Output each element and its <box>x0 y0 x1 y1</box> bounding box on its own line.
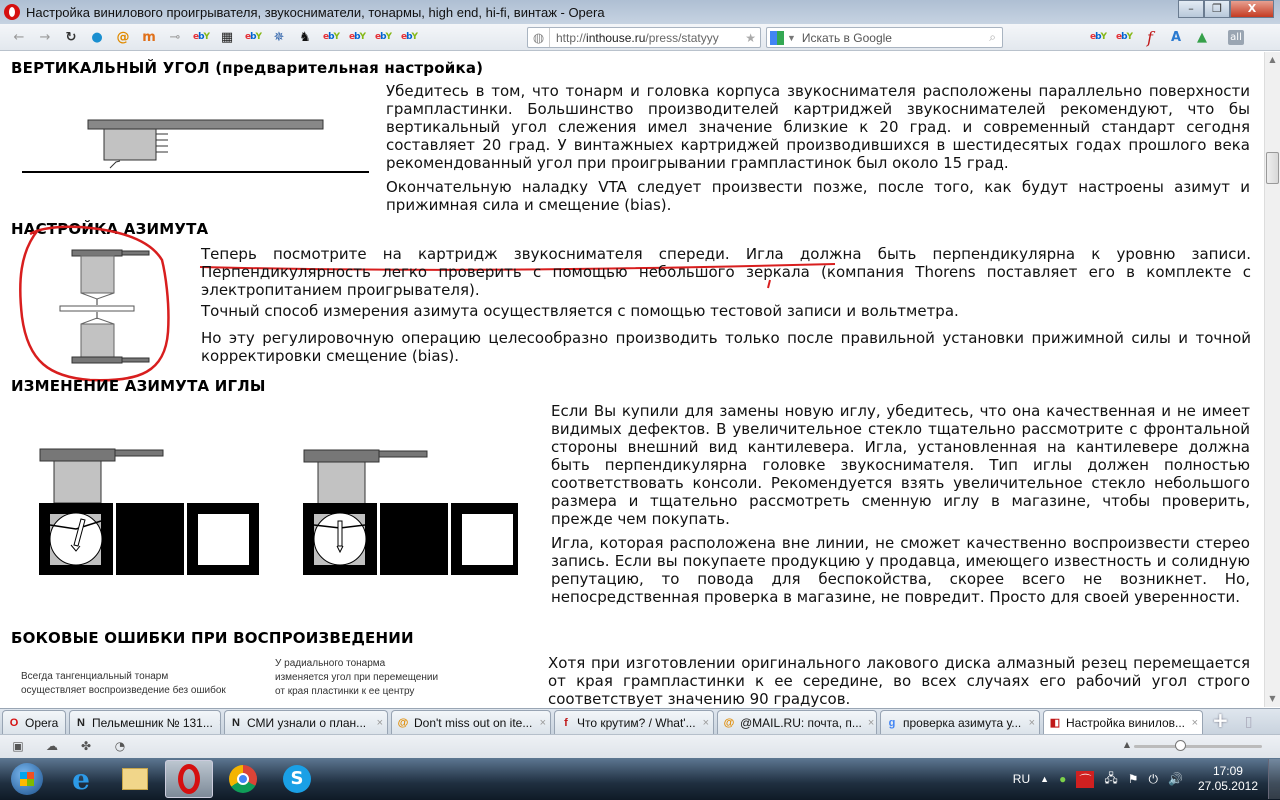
url-host: inthouse.ru <box>586 31 645 45</box>
show-desktop-button[interactable] <box>1268 759 1280 799</box>
tab[interactable]: @@MAIL.RU: почта, п...× <box>717 710 877 734</box>
close-tab-icon[interactable]: × <box>697 717 709 729</box>
tab-label: Настройка винилов... <box>1066 716 1185 730</box>
page-content: ВЕРТИКАЛЬНЫЙ УГОЛ (предварительная настр… <box>0 52 1264 707</box>
bookmark-star-icon[interactable]: ★ <box>745 31 756 45</box>
google-drive-icon[interactable]: ▲ <box>1191 26 1213 48</box>
url-path: /press/statyyy <box>645 31 718 45</box>
tab-label: @MAIL.RU: почта, п... <box>740 716 862 730</box>
tab[interactable]: ◧Настройка винилов...× <box>1043 710 1203 734</box>
maximize-button[interactable]: ❐ <box>1204 0 1230 18</box>
ebay-icon[interactable]: ebY <box>1113 26 1135 48</box>
minimize-button[interactable]: – <box>1178 0 1204 18</box>
caption-radial: У радиального тонарма изменяется угол пр… <box>275 657 438 699</box>
opera-turbo-icon[interactable]: ✤ <box>78 739 94 755</box>
n-icon: N <box>229 716 243 730</box>
ie-icon[interactable]: e <box>57 760 105 798</box>
ebay-icon[interactable]: ebY <box>1087 26 1109 48</box>
chrome-icon[interactable] <box>219 760 267 798</box>
vertical-scrollbar[interactable]: ▲ ▼ <box>1264 52 1280 707</box>
tab[interactable]: @Don't miss out on ite...× <box>391 710 551 734</box>
google-icon: g <box>885 716 899 730</box>
scroll-down-icon[interactable]: ▼ <box>1265 691 1280 707</box>
mail-ru-icon[interactable]: @ <box>112 26 134 48</box>
vta-diagram <box>18 112 370 182</box>
status-bar: ▣ ☁ ✤ ◔ ▲ <box>0 734 1280 758</box>
window-title: Настройка винилового проигрывателя, звук… <box>26 5 605 20</box>
heading-needle-azimuth: ИЗМЕНЕНИЕ АЗИМУТА ИГЛЫ <box>11 377 266 395</box>
paragraph: Игла, которая расположена вне линии, не … <box>551 534 1250 606</box>
tab-label: Don't miss out on ite... <box>414 716 532 730</box>
close-button[interactable]: X <box>1230 0 1274 18</box>
close-tab-icon[interactable]: × <box>1023 717 1035 729</box>
paragraph: Если Вы купили для замены новую иглу, уб… <box>551 402 1250 528</box>
ebay-icon[interactable]: ebY <box>398 26 420 48</box>
paragraph: Хотя при изготовлении оригинального лако… <box>548 654 1250 707</box>
address-bar[interactable]: ◍ http://inthouse.ru/press/statyyy ★ <box>527 27 761 48</box>
opera-icon: O <box>7 716 21 730</box>
opera-icon[interactable] <box>165 760 213 798</box>
search-icon[interactable]: ⌕ <box>989 30 996 45</box>
ebay-icon[interactable]: ebY <box>346 26 368 48</box>
opera-unite-icon[interactable]: ☁ <box>44 739 60 755</box>
tab-label: Opera <box>25 716 58 730</box>
speed-dial-icon[interactable]: ◔ <box>112 739 128 755</box>
toolbar: ← → ↻ ● @ m ⊸ ebY ▦ ebY ✵ ♞ ebY ebY ebY … <box>0 24 1280 51</box>
zoom-slider[interactable] <box>1134 741 1262 751</box>
caption-tangential: Всегда тангенциальный тонарм осуществляе… <box>21 670 226 698</box>
tab-label: Что крутим? / What'... <box>577 716 696 730</box>
ebay-icon[interactable]: ebY <box>242 26 264 48</box>
taskbar: e S RU ▲ ● ⌒ 🖧 ⚑ ⏻ 🔊 17:0927.05.2012 <box>0 758 1280 800</box>
search-placeholder: Искать в Google <box>802 31 892 45</box>
rostelecom-icon[interactable]: ● <box>86 26 108 48</box>
emblem-icon[interactable]: ✵ <box>268 26 290 48</box>
f-icon: f <box>559 716 573 730</box>
antivirus-icon[interactable]: ⌒ <box>1076 771 1094 788</box>
mail-icon: @ <box>722 716 736 730</box>
heading-lateral-errors: БОКОВЫЕ ОШИБКИ ПРИ ВОСПРОИЗВЕДЕНИИ <box>11 629 414 647</box>
paragraph: Точный способ измерения азимута осуществ… <box>201 302 1251 320</box>
reload-icon[interactable]: ↻ <box>60 26 82 48</box>
paragraph: Но эту регулировочную операцию целесообр… <box>201 329 1251 365</box>
opera-logo-icon <box>4 4 20 20</box>
n-icon: N <box>74 716 88 730</box>
tab[interactable]: fЧто крутим? / What'...× <box>554 710 714 734</box>
m-icon[interactable]: m <box>138 26 160 48</box>
close-tab-icon[interactable]: × <box>213 717 221 729</box>
security-icon[interactable]: ● <box>1059 772 1066 786</box>
heading-vertical-angle: ВЕРТИКАЛЬНЫЙ УГОЛ (предварительная настр… <box>11 59 483 77</box>
new-tab-button[interactable]: + <box>1212 708 1229 732</box>
tab-bar: OOperaNПельмешник № 131...×NСМИ узнали о… <box>0 708 1280 734</box>
paragraph: Теперь посмотрите на картридж звукоснима… <box>201 245 1251 299</box>
url-prefix: http:// <box>556 31 586 45</box>
mail-icon: @ <box>396 716 410 730</box>
tab[interactable]: NПельмешник № 131...× <box>69 710 221 734</box>
underlined-text: Перпендикулярность легко проверить с пом… <box>201 263 810 281</box>
scroll-up-icon[interactable]: ▲ <box>1265 52 1280 68</box>
panel-toggle-icon[interactable]: ▣ <box>10 739 26 755</box>
heading-azimuth: НАСТРОЙКА АЗИМУТА <box>11 220 208 238</box>
back-icon[interactable]: ← <box>8 26 30 48</box>
google-icon[interactable] <box>770 31 784 45</box>
zoom-slider-knob[interactable] <box>1175 740 1186 751</box>
scrollbar-thumb[interactable] <box>1266 152 1279 184</box>
system-tray: RU ▲ ● ⌒ 🖧 ⚑ ⏻ 🔊 17:0927.05.2012 <box>1008 758 1280 800</box>
windows-start-icon[interactable] <box>3 760 51 798</box>
ebay-icon[interactable]: ebY <box>190 26 212 48</box>
trash-icon[interactable]: ▯ <box>1245 714 1253 730</box>
needle-diagram <box>38 445 518 575</box>
power-icon[interactable]: ⏻ <box>1148 772 1158 787</box>
explorer-icon[interactable] <box>111 760 159 798</box>
horse-icon[interactable]: ♞ <box>294 26 316 48</box>
search-field[interactable]: ▼ Искать в Google ⌕ <box>766 27 1003 48</box>
f-icon[interactable]: f <box>1139 26 1161 48</box>
clock[interactable]: 17:0927.05.2012 <box>1198 764 1258 794</box>
paragraph: Окончательную наладку VTA следует произв… <box>386 178 1250 214</box>
ebay-icon[interactable]: ebY <box>372 26 394 48</box>
close-tab-icon[interactable]: × <box>371 717 383 729</box>
globe-icon[interactable]: ◍ <box>528 28 550 47</box>
volume-icon[interactable]: 🔊 <box>1168 772 1183 786</box>
tab-label: Пельмешник № 131... <box>92 716 213 730</box>
action-center-icon[interactable]: ⚑ <box>1128 772 1139 786</box>
tab[interactable]: gпроверка азимута у...× <box>880 710 1040 734</box>
site-icon: ◧ <box>1048 716 1062 730</box>
forward-icon[interactable]: → <box>34 26 56 48</box>
chevron-down-icon[interactable]: ▼ <box>787 33 796 43</box>
tab-label: СМИ узнали о план... <box>247 716 366 730</box>
network-icon[interactable]: 🖧 <box>1104 769 1117 790</box>
azimuth-diagram <box>55 247 160 372</box>
tab-label: проверка азимута у... <box>903 716 1021 730</box>
tab[interactable]: NСМИ узнали о план...× <box>224 710 388 734</box>
close-tab-icon[interactable]: × <box>534 717 546 729</box>
grid-icon[interactable]: ▦ <box>216 26 238 48</box>
translate-icon[interactable]: A <box>1165 26 1187 48</box>
close-tab-icon[interactable]: × <box>1186 717 1198 729</box>
tab[interactable]: OOpera <box>2 710 66 734</box>
language-indicator[interactable]: RU <box>1013 772 1030 786</box>
show-hidden-icons[interactable]: ▲ <box>1040 774 1049 784</box>
zoom-up-icon[interactable]: ▲ <box>1124 740 1130 749</box>
title-bar: Настройка винилового проигрывателя, звук… <box>0 0 1280 24</box>
paragraph: Убедитесь в том, что тонарм и головка ко… <box>386 82 1250 172</box>
skype-icon[interactable]: S <box>273 760 321 798</box>
key-icon[interactable]: ⊸ <box>164 26 186 48</box>
all-icon[interactable]: all <box>1225 26 1247 48</box>
close-tab-icon[interactable]: × <box>862 717 874 729</box>
ebay-icon[interactable]: ebY <box>320 26 342 48</box>
